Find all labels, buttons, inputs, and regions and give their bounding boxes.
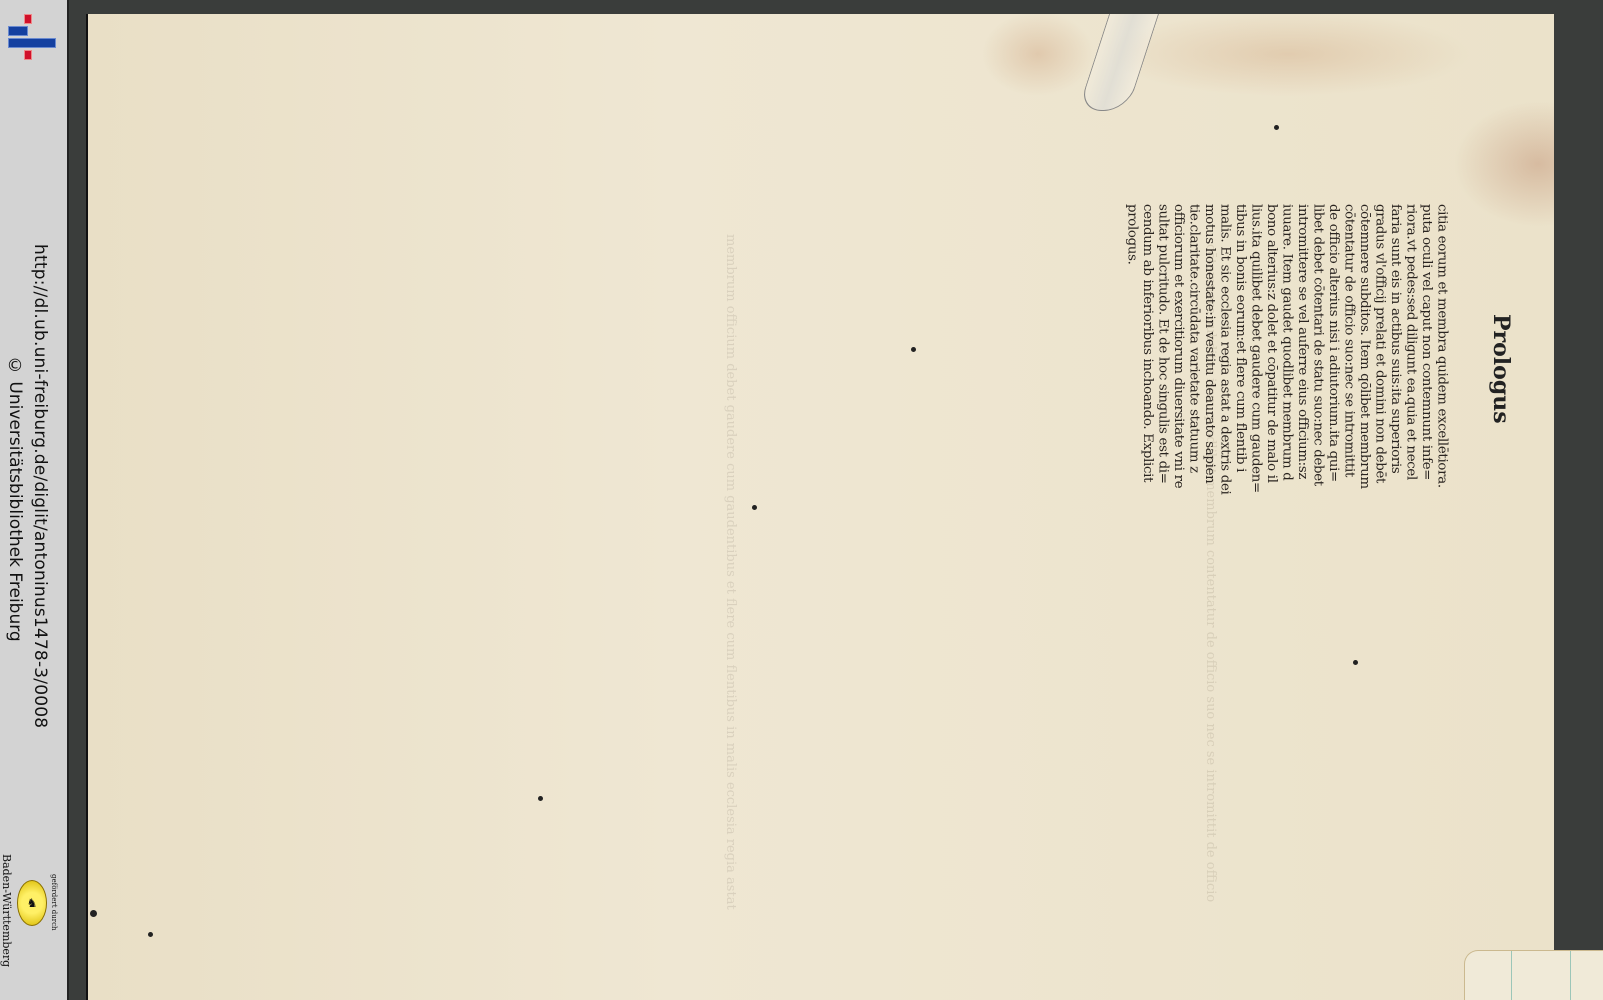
ink-speck bbox=[538, 796, 543, 801]
page-heading: Prologus bbox=[1488, 314, 1514, 424]
text-line: cōtemnere subditos. Item qōlibet membrum bbox=[1357, 204, 1373, 534]
text-line: iuuare. Item gaudet quodlibet membrum d bbox=[1279, 204, 1295, 534]
text-line: intromittere se vel auferre eius officiu… bbox=[1295, 204, 1311, 534]
text-line: cendum ab inferioribus inchoando. Explic… bbox=[1140, 204, 1156, 534]
text-line: tie.claritate.circūdata varietate statuu… bbox=[1186, 204, 1202, 534]
copyright-notice: © Universitätsbibliothek Freiburg bbox=[5, 356, 25, 642]
ub-freiburg-logo-icon bbox=[4, 12, 56, 60]
ink-speck bbox=[911, 347, 916, 352]
text-line: libet debet cōtentari de statu suo:nec d… bbox=[1310, 204, 1326, 534]
ink-speck bbox=[1353, 660, 1358, 665]
text-line: officiorum et exercitiorum diuersitate v… bbox=[1171, 204, 1187, 534]
text-line: malis. Et sic ecclesia regia astat a dex… bbox=[1217, 204, 1233, 534]
text-line: bono alterius:z dolet et cōpatitur de ma… bbox=[1264, 204, 1280, 534]
text-line: riora.vt pedes:sed diligunt ea.quia et n… bbox=[1403, 204, 1419, 534]
text-line: puta oculi vel caput non contemnunt infe… bbox=[1419, 204, 1435, 534]
funded-by-label: gefördert durch bbox=[50, 874, 58, 931]
text-line: prologus. bbox=[1124, 204, 1140, 534]
library-label-tab bbox=[1464, 950, 1603, 1000]
text-line: de officio alterius nisi i adiutorium.it… bbox=[1326, 204, 1342, 534]
text-line: gradus vl'officij prelati et domini non … bbox=[1372, 204, 1388, 534]
ink-speck bbox=[148, 932, 153, 937]
page-clip bbox=[1077, 14, 1159, 111]
ink-speck bbox=[1274, 125, 1279, 130]
bleed-through-column: membrum officium debet gaudere cum gaude… bbox=[398, 234, 738, 914]
library-sidebar: http://dl.ub.uni-freiburg.de/diglit/anto… bbox=[0, 0, 69, 1000]
text-line: sultat pulcritudo. Et de hoc singulis es… bbox=[1155, 204, 1171, 534]
text-line: cōtentatur de officio suo:nec se intromi… bbox=[1341, 204, 1357, 534]
scanned-page: membrum officium debet gaudere cum gaude… bbox=[86, 14, 1554, 1000]
text-line: motus honestate:in vestitu deaurato sapi… bbox=[1202, 204, 1218, 534]
text-line: lius.ita quilibet debet gaudere cum gaud… bbox=[1248, 204, 1264, 534]
ink-speck bbox=[752, 505, 757, 510]
text-line: faria sunt eis in actibus suis:ita super… bbox=[1388, 204, 1404, 534]
funder-name: Baden-Württemberg bbox=[0, 854, 13, 967]
ink-speck bbox=[90, 910, 97, 917]
baden-wuerttemberg-seal-icon: ♞ bbox=[17, 880, 47, 926]
text-line: tibus in bonis eorum:et flere cum flenti… bbox=[1233, 204, 1249, 534]
text-line: citia eorum et membra quidem excellētior… bbox=[1434, 204, 1450, 534]
permalink-url: http://dl.ub.uni-freiburg.de/diglit/anto… bbox=[30, 244, 50, 728]
prologue-text: citia eorum et membra quidem excellētior… bbox=[1124, 204, 1450, 534]
